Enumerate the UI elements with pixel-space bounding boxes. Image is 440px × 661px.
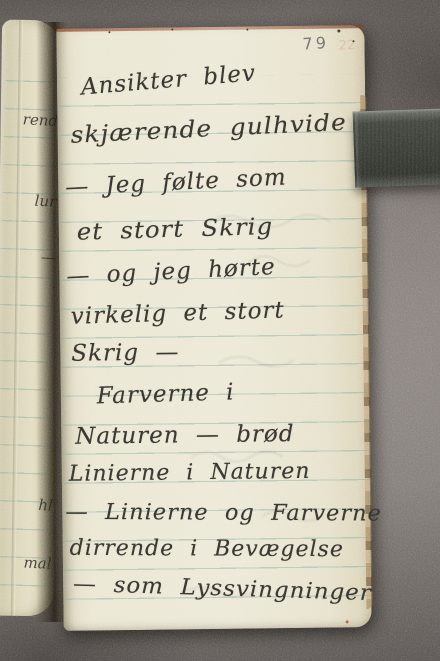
page-number: 79 xyxy=(302,33,330,54)
ink-speck xyxy=(352,40,354,42)
handwriting-line: Naturen — brød xyxy=(75,421,295,450)
handwriting-line: dirrende i Bevægelse xyxy=(70,536,344,562)
handwriting-line: Farverne i xyxy=(96,379,235,409)
handwriting-line: Skrig — xyxy=(71,339,179,366)
metal-page-holder xyxy=(353,108,440,187)
ink-speck xyxy=(171,28,173,30)
ink-speck xyxy=(337,29,340,32)
notebook-page: 79 22 Ansikter blev skjærende gulhvide —… xyxy=(56,25,371,631)
red-speck xyxy=(346,620,349,623)
ink-speck xyxy=(246,29,248,31)
handwriting-line: — Linierne og Farverne xyxy=(65,500,382,527)
handwriting-line: Linierne i Naturen xyxy=(69,459,311,487)
ink-speck xyxy=(108,31,110,33)
notebook-photo: rend lur — · hl mal 79 22 Ansikter blev … xyxy=(0,0,440,661)
